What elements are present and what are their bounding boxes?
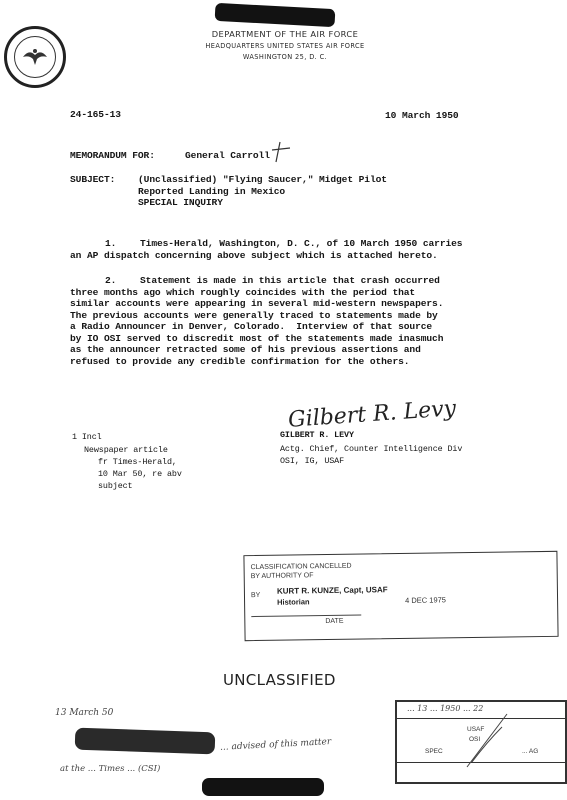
classification-marking: UNCLASSIFIED [223,671,336,689]
letterhead-department: DEPARTMENT OF THE AIR FORCE [160,29,410,39]
enclosure-line: Newspaper article [84,445,168,456]
stamp-date-rule [251,615,361,618]
paragraph-2-line: by IO OSI served to discredit most of th… [70,333,443,344]
stamp-date: 4 DEC 1975 [405,595,446,605]
memorandum-for-label: MEMORANDUM FOR: [70,150,155,161]
signatory-org: OSI, IG, USAF [280,456,344,467]
signatory-title: Actg. Chief, Counter Intelligence Div [280,444,462,455]
subject-label: SUBJECT: [70,174,115,185]
stamp-by-label: BY [251,592,260,599]
routing-stamp-scribble [457,712,517,772]
stamp-date-label: DATE [325,618,343,625]
handwritten-note-line: ... advised of this matter [220,737,332,753]
subject-line-3: SPECIAL INQUIRY [138,197,223,208]
redaction-bar-handwriting [75,728,216,755]
letterhead-headquarters: HEADQUARTERS UNITED STATES AIR FORCE [150,42,420,50]
enclosure-line: subject [98,481,132,492]
handwritten-note-line: at the ... Times ... (CSI) [60,764,160,774]
subject-line-2: Reported Landing in Mexico [138,186,285,197]
stamp-role: Historian [277,597,310,606]
redaction-bar-top [215,3,336,27]
paragraph-2-line: The previous accounts were generally tra… [70,310,438,321]
memo-date: 10 March 1950 [385,110,459,121]
handwritten-signature: Gilbert R. Levy [287,396,456,433]
declassification-stamp: CLASSIFICATION CANCELLED BY AUTHORITY OF… [243,551,558,641]
enclosure-line: 10 Mar 50, re abv [98,469,182,480]
routing-stamp-bottom-right: ... AG [522,748,538,755]
stamp-officer: KURT R. KUNZE, Capt, USAF [277,585,388,596]
handwritten-note-date: 13 March 50 [55,708,113,718]
routing-stamp-bottom-left: SPEC [425,748,443,755]
paragraph-2-line: three months ago which roughly coincides… [70,287,415,298]
paragraph-2-line: a Radio Announcer in Denver, Colorado. I… [70,321,432,332]
enclosure-count: 1 Incl [72,432,102,443]
signatory-name: GILBERT R. LEVY [280,430,354,441]
subject-line-1: (Unclassified) "Flying Saucer," Midget P… [138,174,387,185]
paragraph-2-line: as the announcer retracted some of his p… [70,344,421,355]
paragraph-2-line: similar accounts were appearing in sever… [70,298,443,309]
paragraph-2-line: Statement is made in this article that c… [140,275,440,286]
paragraph-2-line: refused to provide any credible confirma… [70,356,409,367]
letterhead-city: WASHINGTON 25, D. C. [185,53,385,61]
paragraph-1-line: Times-Herald, Washington, D. C., of 10 M… [140,238,462,249]
paragraph-1-number: 1. [105,238,116,249]
department-seal-icon [4,26,66,88]
memorandum-for-value: General Carroll [185,150,270,161]
paragraph-1-line: an AP dispatch concerning above subject … [70,250,438,261]
paragraph-2-number: 2. [105,275,116,286]
stamp-line-authority: BY AUTHORITY OF [251,572,314,580]
enclosure-line: fr Times-Herald, [98,457,177,468]
routing-stamp: ... 13 ... 1950 ... 22 USAF OSI SPEC ...… [395,700,567,784]
file-number: 24-165-13 [70,109,121,120]
handwritten-initial-mark [268,138,298,168]
redaction-bar-bottom [202,778,324,796]
stamp-line-classification: CLASSIFICATION CANCELLED [251,563,352,571]
